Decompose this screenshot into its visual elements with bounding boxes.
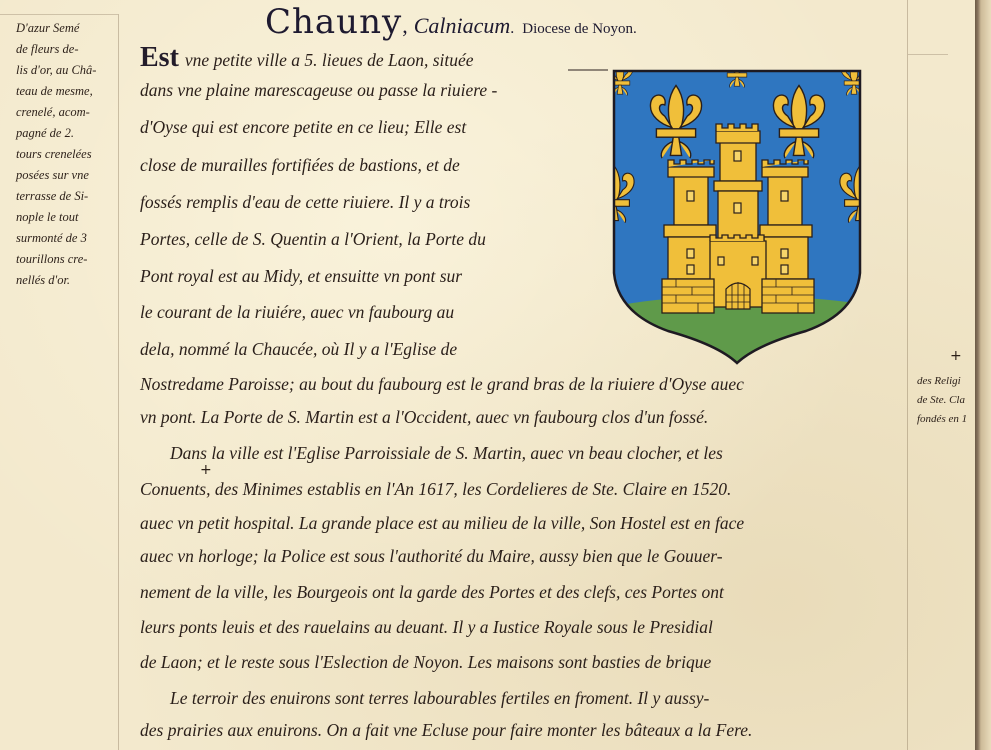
town-name: Chauny bbox=[265, 2, 402, 42]
body-line: auec vn horloge; la Police est sous l'au… bbox=[140, 546, 723, 567]
book-gutter-edge bbox=[975, 0, 991, 750]
body-line: dela, nommé la Chaucée, où Il y a l'Egli… bbox=[140, 339, 457, 360]
margin-line: de Ste. Cla bbox=[917, 391, 977, 410]
drop-cap: Est bbox=[140, 42, 179, 73]
ink-dash bbox=[568, 69, 608, 71]
ruling-under-title bbox=[0, 14, 118, 15]
margin-line: lis d'or, au Châ- bbox=[16, 60, 116, 81]
margin-line: pagné de 2. bbox=[16, 123, 116, 144]
body-line: des prairies aux enuirons. On a fait vne… bbox=[140, 720, 752, 741]
body-line: dans vne plaine marescageuse ou passe la… bbox=[140, 80, 497, 101]
body-line: Portes, celle de S. Quentin a l'Orient, … bbox=[140, 229, 486, 250]
coat-of-arms-illustration bbox=[606, 63, 868, 369]
latin-name: Calniacum bbox=[414, 13, 511, 38]
body-line: Nostredame Paroisse; au bout du faubourg… bbox=[140, 374, 744, 395]
body-line: le courant de la riuiére, auec vn faubou… bbox=[140, 302, 454, 323]
body-line: fossés remplis d'eau de cette riuiere. I… bbox=[140, 192, 470, 213]
body-line: Pont royal est au Midy, et ensuitte vn p… bbox=[140, 266, 462, 287]
right-note-marker: + bbox=[950, 348, 962, 364]
body-line: de Laon; et le reste sous l'Eslection de… bbox=[140, 652, 711, 673]
body-line: close de murailles fortifiées de bastion… bbox=[140, 155, 460, 176]
margin-line: D'azur Semé bbox=[16, 18, 116, 39]
body-line: vn pont. La Porte de S. Martin est a l'O… bbox=[140, 407, 708, 428]
diocese-label: Diocese de Noyon. bbox=[522, 21, 637, 37]
margin-line: teau de mesme, bbox=[16, 81, 116, 102]
margin-line: tours crenelées bbox=[16, 144, 116, 165]
margin-line: terrasse de Si- bbox=[16, 186, 116, 207]
margin-note-blazon: D'azur Semé de fleurs de- lis d'or, au C… bbox=[16, 18, 116, 291]
body-line: auec vn petit hospital. La grande place … bbox=[140, 513, 744, 534]
body-line: Estvne petite ville a 5. lieues de Laon,… bbox=[140, 42, 474, 74]
body-line: d'Oyse qui est encore petite en ce lieu;… bbox=[140, 117, 466, 138]
margin-rule-right bbox=[907, 0, 908, 750]
ruling-right-note bbox=[908, 54, 948, 55]
body-line: nement de la ville, les Bourgeois ont la… bbox=[140, 582, 724, 603]
margin-line: tourillons cre- bbox=[16, 249, 116, 270]
margin-line: de fleurs de- bbox=[16, 39, 116, 60]
margin-line: crenelé, acom- bbox=[16, 102, 116, 123]
margin-rule-left bbox=[118, 14, 119, 750]
manuscript-page: D'azur Semé de fleurs de- lis d'or, au C… bbox=[0, 0, 975, 750]
body-line: leurs ponts leuis et des rauelains au de… bbox=[140, 617, 713, 638]
margin-line: posées sur vne bbox=[16, 165, 116, 186]
margin-line: fondés en 1 bbox=[917, 410, 977, 429]
insertion-mark: + bbox=[200, 462, 212, 478]
body-line: Dans la ville est l'Eglise Parroissiale … bbox=[170, 443, 723, 464]
margin-line: nople le tout bbox=[16, 207, 116, 228]
margin-line: surmonté de 3 bbox=[16, 228, 116, 249]
body-line: Conuents, des Minimes establis en l'An 1… bbox=[140, 479, 731, 500]
margin-line: nellés d'or. bbox=[16, 270, 116, 291]
page-title: Chauny, Calniacum. Diocese de Noyon. bbox=[265, 2, 637, 42]
margin-note-right: des Religi de Ste. Cla fondés en 1 bbox=[917, 372, 977, 429]
body-line: Le terroir des enuirons sont terres labo… bbox=[170, 688, 709, 709]
margin-line: des Religi bbox=[917, 372, 977, 391]
